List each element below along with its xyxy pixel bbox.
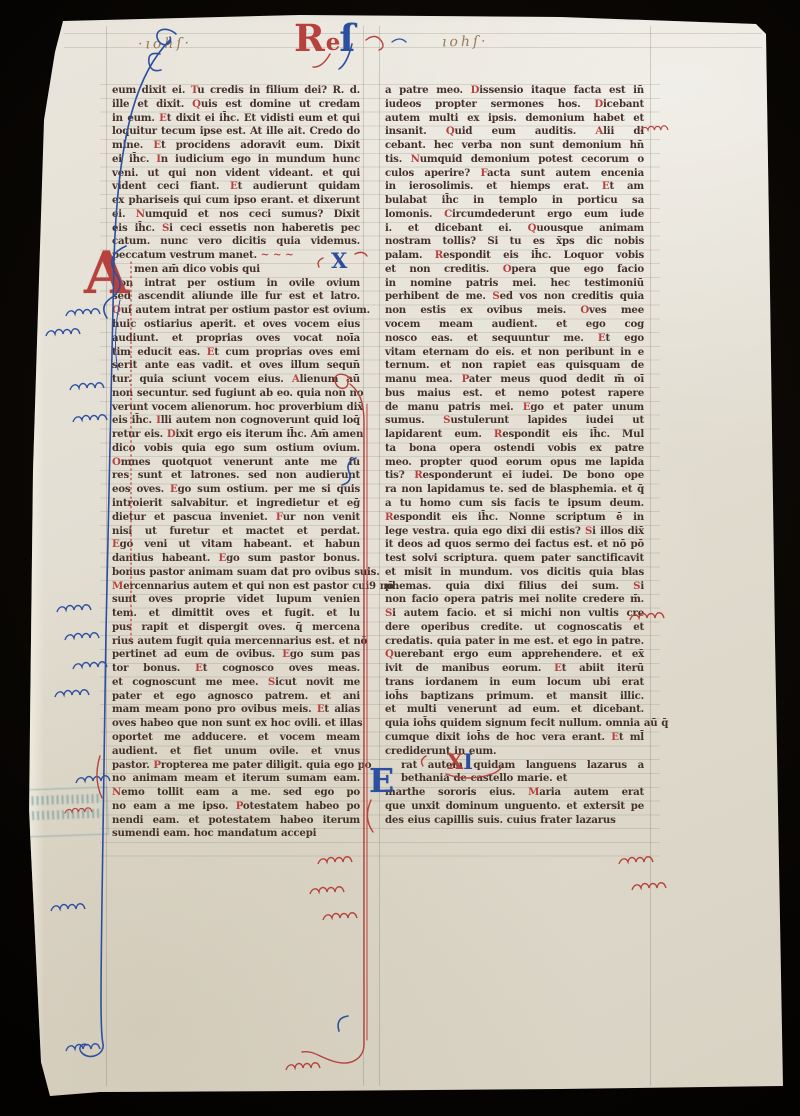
text-line: audiunt. et proprias oves vocat noīa [112, 332, 360, 346]
text-line: pater et ego agnosco patrem. et ani [112, 690, 360, 704]
text-line: eos oves. Ego sum ostium. per me si quis [112, 483, 360, 497]
text-line: ex phariseis qui cum ipso erant. et dixe… [112, 194, 360, 208]
text-line: Si autem facio. et si michi non vultis c… [385, 607, 644, 621]
text-line: phemas. quia dixi filius dei sum. Si [385, 580, 644, 594]
text-line: Nemo tollit eam a me. sed ego po [112, 786, 360, 800]
text-line: no animam meam et iterum sumam eam. [112, 772, 360, 786]
bounding-line [650, 26, 651, 1086]
text-line: lomonis. Circumdederunt ergo eum iude [385, 208, 644, 222]
text-line: vocem meam audient. et ego cog [385, 318, 644, 332]
text-line: ei. Numquid et nos ceci sumus? Dixit [112, 208, 360, 222]
text-line: Omnes quotquot venerunt ante me fu [112, 456, 360, 470]
text-column-left: eum dixit ei. Tu credis in filium dei? R… [112, 84, 360, 841]
text-line: bethania de castello marie. et [385, 772, 644, 786]
text-line: quia ioh̄s quidem signum fecit nullum. o… [385, 717, 644, 731]
text-line: sumendi eam. hoc mandatum accepi [112, 827, 360, 841]
text-line: mam meam pono pro ovibus meis. Et alias [112, 703, 360, 717]
text-line: tor bonus. Et cognosco oves meas. [112, 662, 360, 676]
running-title-letter: R [294, 20, 325, 57]
text-line: de manu patris mei. Ego et pater unum [385, 401, 644, 415]
text-line: non estis ex ovibus meis. Oves mee [385, 304, 644, 318]
text-line: crediderunt in eum. [385, 745, 644, 759]
text-line: rat autem quidam languens lazarus a [385, 759, 644, 773]
decorated-initial-e: E [369, 766, 394, 796]
text-line: iudeos propter sermones hos. Dicebant [385, 98, 644, 112]
text-line: introierit salvabitur. et ingredietur et… [112, 497, 360, 511]
text-line: marthe sororis eius. Maria autem erat [385, 786, 644, 800]
running-title-letter: ſ [339, 20, 355, 57]
text-line: et misit in mundum. vos dicitis quia bla… [385, 566, 644, 580]
text-line: ei ih̄c. In iudicium ego in mundum hunc [112, 153, 360, 167]
text-line: tim educit eas. Et cum proprias oves emi [112, 346, 360, 360]
manuscript-leaf: ·ıohſ· Reſ ıohſ· eum dixit ei. Tu credis… [0, 0, 800, 1116]
text-line: lapidarent eum. Respondit eis ih̄c. Mul [385, 428, 644, 442]
text-line: serit ante eas vadit. et oves illum sequ… [112, 359, 360, 373]
text-line: trans iordanem in eum locum ubi erat [385, 676, 644, 690]
text-line: cumque dixit ioh̄s de hoc vera erant. Et… [385, 731, 644, 745]
text-line: verunt vocem alienorum. hoc proverbium d… [112, 401, 360, 415]
text-line: nosco eas. et sequuntur me. Et ego [385, 332, 644, 346]
running-title: Reſ [294, 20, 355, 57]
text-line: tis? Responderunt ei iudei. De bono ope [385, 469, 644, 483]
text-line: tem. et dimittit oves et fugit. et lu [112, 607, 360, 621]
text-line: oves habeo que non sunt ex hoc ovili. et… [112, 717, 360, 731]
text-line: a tu homo cum sis facis te ipsum deum. [385, 497, 644, 511]
text-line: perhibent de me. Sed vos non creditis qu… [385, 290, 644, 304]
text-line: culos aperire? Facta sunt autem encenia [385, 167, 644, 181]
text-line: sumus. Sustulerunt lapides iudei ut [385, 414, 644, 428]
text-line: veni. ut qui non vident videant. et qui [112, 167, 360, 181]
bounding-line [379, 26, 380, 1086]
text-line: dico vobis quia ego sum ostium ovium. [112, 442, 360, 456]
text-line: retur eis. Dixit ergo eis iterum ih̄c. A… [112, 428, 360, 442]
text-line: dere operibus credite. ut cognoscatis et [385, 621, 644, 635]
text-line: ioh̄s baptizans primum. et mansit illic. [385, 690, 644, 704]
text-line: dietur et pascua inveniet. Fur non venit [112, 511, 360, 525]
text-line: loquitur tecum ipse est. At ille ait. Cr… [112, 125, 360, 139]
text-line: ta bona opera ostendi vobis ex patre [385, 442, 644, 456]
text-line: cebant. hec verba non sunt demonium hn̄ [385, 139, 644, 153]
chapter-numeral-xi: XI [447, 751, 473, 772]
text-line: in eum. Et dixit ei ih̄c. Et vidisti eum… [112, 112, 360, 126]
text-line: sed ascendit aliunde ille fur est et lat… [112, 290, 360, 304]
text-line: lege vestra. quia ego dixi dii estis? Si… [385, 525, 644, 539]
text-line: Qui autem intrat per ostium pastor est o… [112, 304, 360, 318]
text-line: tis. Numquid demonium potest cecorum o [385, 153, 644, 167]
text-line: Mercennarius autem et qui non est pastor… [112, 580, 360, 594]
text-line: non intrat per ostium in ovile ovium [112, 277, 360, 291]
text-line: sunt oves proprie videt lupum venien [112, 593, 360, 607]
folio-inscription-right: ıohſ· [442, 34, 489, 51]
text-line: ternum. et non rapiet eas quisquam de [385, 359, 644, 373]
text-line: nostram tollis? Si tu es x̄ps dic nobis [385, 235, 644, 249]
text-line: i. et dicebant ei. Quousque animam [385, 222, 644, 236]
photograph-background: ·ıohſ· Reſ ıohſ· eum dixit ei. Tu credis… [0, 0, 800, 1116]
text-line: oportet me adducere. et vocem meam [112, 731, 360, 745]
text-line: catum. nunc vero dicitis quia videmus. [112, 235, 360, 249]
text-line: ivit de manibus eorum. Et abiit iterū [385, 662, 644, 676]
text-line: bulabat ih̄c in templo in porticu sa [385, 194, 644, 208]
text-line: bonus pastor animam suam dat pro ovibus … [112, 566, 360, 580]
text-line: rius autem fugit quia mercennarius est. … [112, 635, 360, 649]
text-line: pastor. Propterea me pater diligit. quia… [112, 759, 360, 773]
text-line: manu mea. Pater meus quod dedit m̄ oī [385, 373, 644, 387]
text-line: nendi eam. et potestatem habeo iterum [112, 814, 360, 828]
text-line: no eam a me ipso. Potestatem habeo po [112, 800, 360, 814]
text-line: eis ih̄c. Illi autem non cognoverunt qui… [112, 414, 360, 428]
text-line: peccatum vestrum manet. ~ ~ ~ [112, 249, 360, 263]
text-line: a patre meo. Dissensio itaque facta est … [385, 84, 644, 98]
text-line: non secuntur. sed fugiunt ab eo. quia no… [112, 387, 360, 401]
text-line: credatis. quia pater in me est. et ego i… [385, 635, 644, 649]
text-line: dantius habeant. Ego sum pastor bonus. [112, 552, 360, 566]
header-ruling [64, 33, 762, 34]
text-line: Respondit eis ih̄c. Nonne scriptum ē in [385, 511, 644, 525]
text-line: ra non lapidamus te. sed de blasphemia. … [385, 483, 644, 497]
text-line: non facio opera patris mei nolite creder… [385, 593, 644, 607]
text-line: audient. et fiet unum ovile. et vnus [112, 745, 360, 759]
text-line: in nomine patris mei. hec testimoniū [385, 277, 644, 291]
text-line: pertinet ad eum de ovibus. Ego sum pas [112, 648, 360, 662]
text-line: bus maius est. et nemo potest rapere [385, 387, 644, 401]
decorated-initial-a: A [84, 247, 129, 299]
text-line: in ierosolimis. et hiemps erat. Et am [385, 180, 644, 194]
text-line: eum dixit ei. Tu credis in filium dei? R… [112, 84, 360, 98]
folio-inscription-left: ·ıohſ· [138, 36, 192, 53]
collection-stamp [25, 787, 109, 838]
stamp-text-row [31, 794, 101, 805]
text-line: test solvi scriptura. quem pater sanctif… [385, 552, 644, 566]
chapter-numeral-x: X [331, 250, 347, 271]
text-line: huic ostiarius aperit. et oves vocem eiu… [112, 318, 360, 332]
text-line: et multi venerunt ad eum. et dicebant. [385, 703, 644, 717]
text-line: it deos ad quos sermo dei factus est. et… [385, 538, 644, 552]
text-line: vitam eternam do eis. et non peribunt in… [385, 346, 644, 360]
text-line: et cognoscunt me mee. Sicut novit me [112, 676, 360, 690]
text-line: et non creditis. Opera que ego facio [385, 263, 644, 277]
text-line: mine. Et procidens adoravit eum. Dixit [112, 139, 360, 153]
text-line: tur. quia sciunt vocem eius. Alienum aū [112, 373, 360, 387]
text-line: res sunt et latrones. sed non audierunt [112, 469, 360, 483]
stamp-text-row [32, 809, 102, 820]
text-line: men am̄ dico vobis qui [112, 263, 360, 277]
text-line: Ego veni ut vitam habeant. et habun [112, 538, 360, 552]
running-title-letter: e [326, 31, 341, 54]
text-line: pus rapit et dispergit oves. q̄ mercena [112, 621, 360, 635]
text-line: ille et dixit. Quis est domine ut credam [112, 98, 360, 112]
text-line: autem multi ex ipsis. demonium habet et [385, 112, 644, 126]
text-line: des eius capillis suis. cuius frater laz… [385, 814, 644, 828]
text-column-right: a patre meo. Dissensio itaque facta est … [385, 84, 644, 827]
text-line: eis ih̄c. Si ceci essetis non haberetis … [112, 222, 360, 236]
text-line: Querebant ergo eum apprehendere. et ex̄ [385, 648, 644, 662]
text-line: meo. propter quod eorum opus me lapida [385, 456, 644, 470]
text-line: vident ceci fiant. Et audierunt quidam [112, 180, 360, 194]
text-line: palam. Respondit eis ih̄c. Loquor vobis [385, 249, 644, 263]
text-line: insanit. Quid eum auditis. Alii di [385, 125, 644, 139]
text-line: que unxit dominum unguento. et extersit … [385, 800, 644, 814]
text-line: nisi ut furetur et mactet et perdat. [112, 525, 360, 539]
bounding-line [363, 26, 364, 1086]
bounding-line [106, 26, 107, 1086]
